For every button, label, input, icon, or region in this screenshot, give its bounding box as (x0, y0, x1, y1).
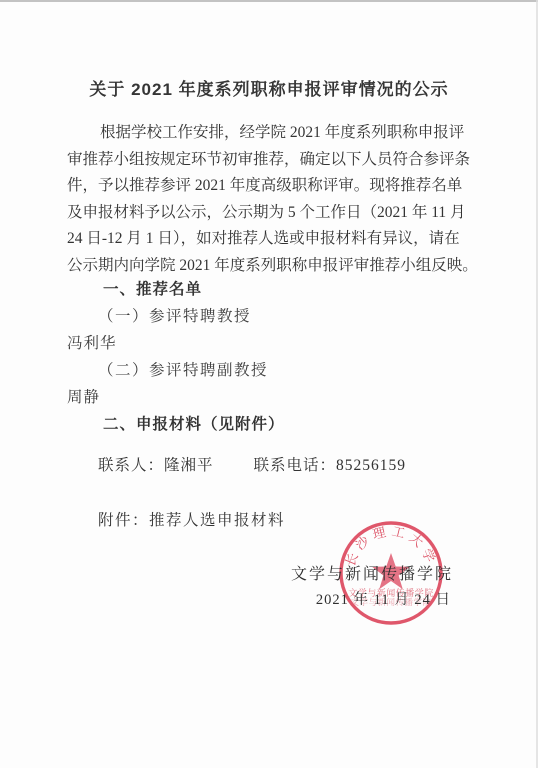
phone-number: 85256159 (336, 457, 406, 474)
intro-paragraph: 根据学校工作安排，经学院 2021 年度系列职称申报评 审推荐小组按规定环节初审… (67, 120, 457, 279)
contact-row: 联系人：隆湘平联系电话：85256159 (98, 454, 406, 478)
page-title: 关于 2021 年度系列职称申报评审情况的公示 (0, 79, 538, 101)
candidate-name-2: 周静 (67, 384, 467, 411)
paragraph-line: 审推荐小组按规定环节初审推荐，确定以下人员符合参评条 (67, 147, 457, 174)
scanned-notice-page: 关于 2021 年度系列职称申报评审情况的公示 根据学校工作安排，经学院 202… (0, 0, 538, 768)
section2-heading: 二、申报材料（见附件） (67, 411, 467, 438)
sub2-heading: （二）参评特聘副教授 (67, 357, 467, 384)
contact-label: 联系人： (98, 457, 164, 474)
paragraph-line: 根据学校工作安排，经学院 2021 年度系列职称申报评 (67, 120, 457, 147)
paragraph-line: 件，予以推荐参评 2021 年度高级职称评审。现将推荐名单 (67, 173, 457, 200)
recommendation-list: 一、推荐名单 （一）参评特聘教授 冯利华 （二）参评特聘副教授 周静 二、申报材… (67, 276, 467, 438)
issuer-signature: 文学与新闻传播学院 (291, 564, 453, 586)
scan-edge-top (0, 0, 538, 2)
paragraph-line: 24 日-12 月 1 日），如对推荐人选或申报材料有异议，请在 (67, 226, 457, 253)
candidate-name-1: 冯利华 (67, 330, 467, 357)
attachment-line: 附件：推荐人选申报材料 (98, 509, 285, 533)
sub1-heading: （一）参评特聘教授 (67, 303, 467, 330)
paragraph-line: 及申报材料予以公示，公示期为 5 个工作日（2021 年 11 月 (67, 200, 457, 227)
phone-label: 联系电话： (254, 457, 337, 474)
contact-name: 隆湘平 (164, 457, 214, 474)
issue-date: 2021 年 11 月 24 日 (316, 590, 451, 610)
section1-heading: 一、推荐名单 (67, 276, 467, 303)
